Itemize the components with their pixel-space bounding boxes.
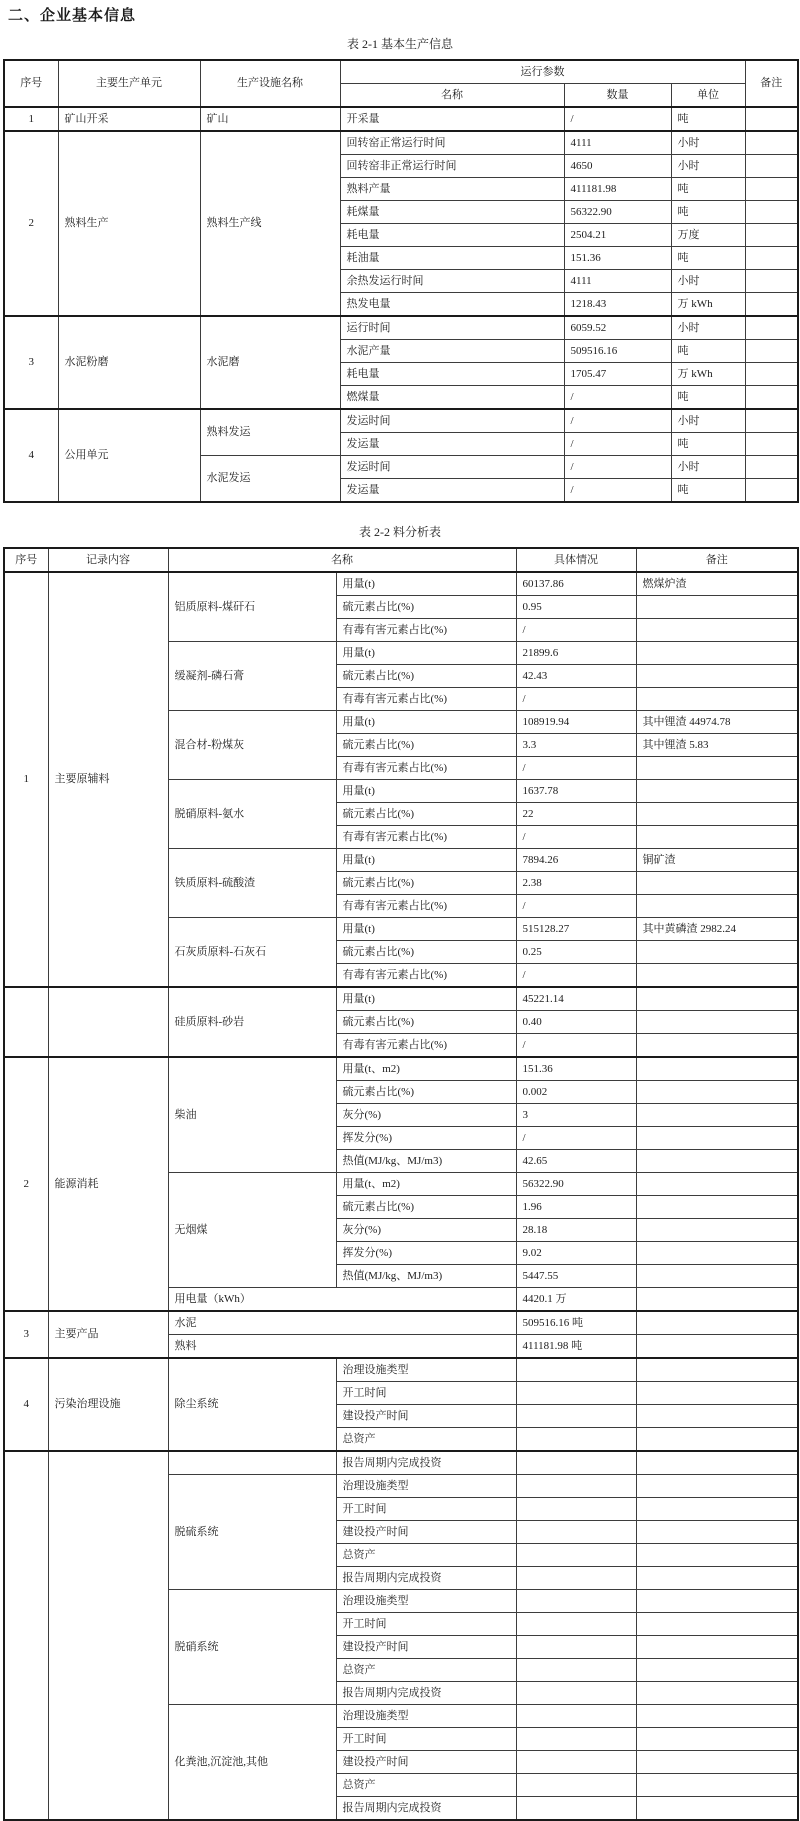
param-name-cell: 发运时间 (340, 409, 564, 433)
note-cell (636, 1034, 798, 1058)
note-cell (636, 1498, 798, 1521)
record-content-cell: 主要产品 (48, 1311, 168, 1358)
note-cell (636, 1081, 798, 1104)
item-name-cell: 灰分(%) (336, 1104, 516, 1127)
item-name-cell: 用量(t) (336, 918, 516, 941)
note-cell (636, 1428, 798, 1452)
quantity-cell: 4111 (564, 270, 671, 293)
note-cell (636, 941, 798, 964)
detail-cell (516, 1728, 636, 1751)
item-name-cell: 用量(t) (336, 987, 516, 1011)
column-header-facility-name: 生产设施名称 (200, 60, 340, 107)
item-name-cell: 建设投产时间 (336, 1636, 516, 1659)
table-row: 3主要产品水泥509516.16 吨 (4, 1311, 798, 1335)
column-header-name: 名称 (168, 548, 516, 572)
detail-cell: 9.02 (516, 1242, 636, 1265)
serial-cell: 4 (4, 1358, 48, 1451)
detail-cell (516, 1751, 636, 1774)
param-name-cell: 耗电量 (340, 224, 564, 247)
item-name-cell: 开工时间 (336, 1382, 516, 1405)
group-name-cell: 缓凝剂-磷石膏 (168, 642, 336, 711)
facility-name-cell: 矿山 (200, 107, 340, 131)
item-name-cell: 总资产 (336, 1428, 516, 1452)
quantity-cell: 509516.16 (564, 340, 671, 363)
serial-cell (4, 987, 48, 1057)
detail-cell (516, 1382, 636, 1405)
detail-cell (516, 1613, 636, 1636)
note-cell (636, 1150, 798, 1173)
item-name-cell: 治理设施类型 (336, 1590, 516, 1613)
column-header-note: 备注 (636, 548, 798, 572)
note-cell (636, 1104, 798, 1127)
param-name-cell: 运行时间 (340, 316, 564, 340)
group-name-cell: 铝质原料-煤矸石 (168, 572, 336, 642)
quantity-cell: 56322.90 (564, 201, 671, 224)
detail-cell (516, 1405, 636, 1428)
detail-cell (516, 1590, 636, 1613)
quantity-cell: / (564, 409, 671, 433)
note-cell (745, 107, 798, 131)
note-cell (636, 964, 798, 988)
note-cell (745, 155, 798, 178)
note-cell (745, 363, 798, 386)
detail-cell: 22 (516, 803, 636, 826)
detail-cell: 3 (516, 1104, 636, 1127)
note-cell (636, 1636, 798, 1659)
param-name-cell: 耗油量 (340, 247, 564, 270)
column-header-serial: 序号 (4, 60, 58, 107)
note-cell (636, 1173, 798, 1196)
item-name-cell: 硫元素占比(%) (336, 596, 516, 619)
item-name-cell: 用量(t、m2) (336, 1057, 516, 1081)
detail-cell (516, 1774, 636, 1797)
facility-name-cell: 熟料发运 (200, 409, 340, 456)
quantity-cell: 4650 (564, 155, 671, 178)
detail-cell: / (516, 964, 636, 988)
table-row: 3水泥粉磨水泥磨运行时间6059.52小时 (4, 316, 798, 340)
note-cell (745, 247, 798, 270)
serial-cell: 4 (4, 409, 58, 502)
detail-cell: 42.65 (516, 1150, 636, 1173)
item-name-cell: 开工时间 (336, 1728, 516, 1751)
param-name-cell: 耗煤量 (340, 201, 564, 224)
item-name-cell: 灰分(%) (336, 1219, 516, 1242)
detail-cell: 509516.16 吨 (516, 1311, 636, 1335)
item-name-cell: 硫元素占比(%) (336, 1081, 516, 1104)
record-content-cell: 主要原辅料 (48, 572, 168, 987)
note-cell (636, 1451, 798, 1475)
note-cell (636, 757, 798, 780)
detail-cell (516, 1659, 636, 1682)
note-cell (636, 1705, 798, 1728)
table-row: 2熟料生产熟料生产线回转窑正常运行时间4111小时 (4, 131, 798, 155)
item-name-cell: 硫元素占比(%) (336, 665, 516, 688)
detail-cell: 0.40 (516, 1011, 636, 1034)
table1-body: 1矿山开采矿山开采量/吨2熟料生产熟料生产线回转窑正常运行时间4111小时回转窑… (4, 107, 798, 502)
param-name-cell: 热发电量 (340, 293, 564, 317)
note-cell (636, 872, 798, 895)
note-cell (636, 1682, 798, 1705)
production-unit-cell: 公用单元 (58, 409, 200, 502)
serial-cell: 2 (4, 1057, 48, 1311)
note-cell (636, 1288, 798, 1312)
detail-cell: / (516, 619, 636, 642)
group-name-cell: 脱硝原料-氨水 (168, 780, 336, 849)
note-cell (636, 826, 798, 849)
note-cell (745, 293, 798, 317)
item-name-cell: 硫元素占比(%) (336, 872, 516, 895)
note-cell (636, 596, 798, 619)
unit-cell: 万 kWh (671, 363, 745, 386)
column-header-unit: 单位 (671, 84, 745, 108)
unit-cell: 小时 (671, 270, 745, 293)
detail-cell: 56322.90 (516, 1173, 636, 1196)
unit-cell: 小时 (671, 131, 745, 155)
item-name-cell: 报告周期内完成投资 (336, 1451, 516, 1475)
quantity-cell: 1705.47 (564, 363, 671, 386)
note-cell (636, 1728, 798, 1751)
serial-cell: 3 (4, 1311, 48, 1358)
note-cell (745, 340, 798, 363)
item-name-cell: 有毒有害元素占比(%) (336, 619, 516, 642)
detail-cell (516, 1636, 636, 1659)
item-name-cell: 硫元素占比(%) (336, 941, 516, 964)
facility-name-cell: 水泥磨 (200, 316, 340, 409)
note-cell (636, 987, 798, 1011)
detail-cell: 5447.55 (516, 1265, 636, 1288)
note-cell (636, 642, 798, 665)
column-header-production-unit: 主要生产单元 (58, 60, 200, 107)
column-header-record-content: 记录内容 (48, 548, 168, 572)
note-cell (745, 479, 798, 503)
item-name-cell: 开工时间 (336, 1613, 516, 1636)
param-name-cell: 开采量 (340, 107, 564, 131)
note-cell (636, 1659, 798, 1682)
note-cell: 其中锂渣 44974.78 (636, 711, 798, 734)
table-material-analysis: 序号记录内容名称具体情况备注 1主要原辅料铝质原料-煤矸石用量(t)60137.… (3, 547, 799, 1821)
unit-cell: 吨 (671, 107, 745, 131)
group-name-cell: 无烟煤 (168, 1173, 336, 1288)
table-row: 4污染治理设施除尘系统治理设施类型 (4, 1358, 798, 1382)
group-name-cell: 柴油 (168, 1057, 336, 1173)
unit-cell: 吨 (671, 201, 745, 224)
detail-cell: 0.25 (516, 941, 636, 964)
group-name-cell: 水泥 (168, 1311, 516, 1335)
unit-cell: 小时 (671, 316, 745, 340)
column-header-detail: 具体情况 (516, 548, 636, 572)
quantity-cell: 1218.43 (564, 293, 671, 317)
group-name-cell (168, 1451, 336, 1475)
note-cell (636, 1311, 798, 1335)
table2-body: 1主要原辅料铝质原料-煤矸石用量(t)60137.86燃煤炉渣硫元素占比(%)0… (4, 572, 798, 1820)
detail-cell: 21899.6 (516, 642, 636, 665)
detail-cell: 28.18 (516, 1219, 636, 1242)
note-cell: 铜矿渣 (636, 849, 798, 872)
table-row: 1矿山开采矿山开采量/吨 (4, 107, 798, 131)
note-cell (636, 1242, 798, 1265)
detail-cell (516, 1705, 636, 1728)
note-cell (745, 456, 798, 479)
detail-cell: 151.36 (516, 1057, 636, 1081)
quantity-cell: / (564, 479, 671, 503)
table-row: 报告周期内完成投资 (4, 1451, 798, 1475)
group-name-cell: 脱硫系统 (168, 1475, 336, 1590)
group-name-cell: 用电量（kWh） (168, 1288, 516, 1312)
table-row: 序号主要生产单元生产设施名称运行参数备注 (4, 60, 798, 84)
serial-cell: 1 (4, 572, 48, 987)
unit-cell: 小时 (671, 155, 745, 178)
group-name-cell: 石灰质原料-石灰石 (168, 918, 336, 988)
detail-cell (516, 1498, 636, 1521)
detail-cell: / (516, 757, 636, 780)
note-cell (636, 1405, 798, 1428)
param-name-cell: 燃煤量 (340, 386, 564, 410)
record-content-cell: 污染治理设施 (48, 1358, 168, 1451)
note-cell: 其中锂渣 5.83 (636, 734, 798, 757)
quantity-cell: 4111 (564, 131, 671, 155)
note-cell (745, 224, 798, 247)
note-cell (636, 1567, 798, 1590)
table-basic-production-info: 序号主要生产单元生产设施名称运行参数备注名称数量单位 1矿山开采矿山开采量/吨2… (3, 59, 799, 503)
param-name-cell: 发运时间 (340, 456, 564, 479)
unit-cell: 小时 (671, 409, 745, 433)
detail-cell (516, 1451, 636, 1475)
param-name-cell: 发运量 (340, 479, 564, 503)
quantity-cell: 411181.98 (564, 178, 671, 201)
note-cell (636, 1382, 798, 1405)
column-header-serial: 序号 (4, 548, 48, 572)
detail-cell: 108919.94 (516, 711, 636, 734)
group-name-cell: 化粪池,沉淀池,其他 (168, 1705, 336, 1821)
table1-header: 序号主要生产单元生产设施名称运行参数备注名称数量单位 (4, 60, 798, 107)
note-cell (636, 688, 798, 711)
item-name-cell: 热值(MJ/kg、MJ/m3) (336, 1150, 516, 1173)
group-name-cell: 除尘系统 (168, 1358, 336, 1451)
item-name-cell: 报告周期内完成投资 (336, 1682, 516, 1705)
serial-cell: 3 (4, 316, 58, 409)
note-cell (636, 1544, 798, 1567)
detail-cell: 1637.78 (516, 780, 636, 803)
column-header-operating-params: 运行参数 (340, 60, 745, 84)
note-cell (636, 1011, 798, 1034)
note-cell: 其中黄磷渣 2982.24 (636, 918, 798, 941)
unit-cell: 万 kWh (671, 293, 745, 317)
note-cell (636, 1797, 798, 1821)
serial-cell (4, 1451, 48, 1820)
detail-cell: 3.3 (516, 734, 636, 757)
item-name-cell: 建设投产时间 (336, 1521, 516, 1544)
note-cell (636, 1265, 798, 1288)
detail-cell: 0.95 (516, 596, 636, 619)
item-name-cell: 总资产 (336, 1544, 516, 1567)
detail-cell: / (516, 688, 636, 711)
item-name-cell: 报告周期内完成投资 (336, 1567, 516, 1590)
quantity-cell: / (564, 386, 671, 410)
detail-cell (516, 1544, 636, 1567)
param-name-cell: 耗电量 (340, 363, 564, 386)
detail-cell: 0.002 (516, 1081, 636, 1104)
item-name-cell: 硫元素占比(%) (336, 1196, 516, 1219)
note-cell (636, 1196, 798, 1219)
facility-name-cell: 熟料生产线 (200, 131, 340, 316)
item-name-cell: 治理设施类型 (336, 1705, 516, 1728)
note-cell (636, 1751, 798, 1774)
item-name-cell: 用量(t) (336, 849, 516, 872)
note-cell (745, 433, 798, 456)
param-name-cell: 余热发运行时间 (340, 270, 564, 293)
note-cell (636, 1127, 798, 1150)
note-cell (636, 1358, 798, 1382)
note-cell (745, 178, 798, 201)
item-name-cell: 用量(t、m2) (336, 1173, 516, 1196)
detail-cell: 60137.86 (516, 572, 636, 596)
table-row: 序号记录内容名称具体情况备注 (4, 548, 798, 572)
serial-cell: 2 (4, 131, 58, 316)
note-cell: 燃煤炉渣 (636, 572, 798, 596)
detail-cell (516, 1797, 636, 1821)
production-unit-cell: 水泥粉磨 (58, 316, 200, 409)
quantity-cell: 6059.52 (564, 316, 671, 340)
detail-cell: 45221.14 (516, 987, 636, 1011)
section-heading: 二、企业基本信息 (8, 4, 800, 25)
detail-cell: 42.43 (516, 665, 636, 688)
column-header-quantity: 数量 (564, 84, 671, 108)
param-name-cell: 回转窑正常运行时间 (340, 131, 564, 155)
record-content-cell: 能源消耗 (48, 1057, 168, 1311)
item-name-cell: 开工时间 (336, 1498, 516, 1521)
group-name-cell: 硅质原料-砂岩 (168, 987, 336, 1057)
note-cell (745, 386, 798, 410)
item-name-cell: 挥发分(%) (336, 1242, 516, 1265)
note-cell (636, 803, 798, 826)
quantity-cell: / (564, 433, 671, 456)
note-cell (636, 1774, 798, 1797)
item-name-cell: 总资产 (336, 1774, 516, 1797)
column-header-note: 备注 (745, 60, 798, 107)
param-name-cell: 回转窑非正常运行时间 (340, 155, 564, 178)
table-row: 4公用单元熟料发运发运时间/小时 (4, 409, 798, 433)
item-name-cell: 有毒有害元素占比(%) (336, 688, 516, 711)
item-name-cell: 用量(t) (336, 642, 516, 665)
quantity-cell: / (564, 456, 671, 479)
item-name-cell: 有毒有害元素占比(%) (336, 1034, 516, 1058)
table-row: 2能源消耗柴油用量(t、m2)151.36 (4, 1057, 798, 1081)
record-content-cell (48, 1451, 168, 1820)
item-name-cell: 硫元素占比(%) (336, 803, 516, 826)
note-cell (745, 409, 798, 433)
item-name-cell: 建设投产时间 (336, 1405, 516, 1428)
item-name-cell: 用量(t) (336, 572, 516, 596)
note-cell (745, 131, 798, 155)
item-name-cell: 硫元素占比(%) (336, 1011, 516, 1034)
group-name-cell: 脱硝系统 (168, 1590, 336, 1705)
quantity-cell: / (564, 107, 671, 131)
item-name-cell: 用量(t) (336, 711, 516, 734)
item-name-cell: 建设投产时间 (336, 1751, 516, 1774)
group-name-cell: 熟料 (168, 1335, 516, 1359)
item-name-cell: 有毒有害元素占比(%) (336, 895, 516, 918)
item-name-cell: 总资产 (336, 1659, 516, 1682)
table1-caption: 表 2-1 基本生产信息 (0, 35, 800, 52)
param-name-cell: 发运量 (340, 433, 564, 456)
item-name-cell: 热值(MJ/kg、MJ/m3) (336, 1265, 516, 1288)
item-name-cell: 用量(t) (336, 780, 516, 803)
note-cell (636, 895, 798, 918)
detail-cell: 7894.26 (516, 849, 636, 872)
facility-name-cell: 水泥发运 (200, 456, 340, 503)
note-cell (636, 1219, 798, 1242)
note-cell (636, 619, 798, 642)
detail-cell: / (516, 1127, 636, 1150)
unit-cell: 小时 (671, 456, 745, 479)
detail-cell: 1.96 (516, 1196, 636, 1219)
detail-cell: 2.38 (516, 872, 636, 895)
note-cell (745, 270, 798, 293)
item-name-cell: 挥发分(%) (336, 1127, 516, 1150)
detail-cell (516, 1428, 636, 1452)
item-name-cell: 治理设施类型 (336, 1358, 516, 1382)
note-cell (636, 665, 798, 688)
note-cell (636, 1590, 798, 1613)
note-cell (745, 201, 798, 224)
serial-cell: 1 (4, 107, 58, 131)
group-name-cell: 铁质原料-硫酸渣 (168, 849, 336, 918)
note-cell (636, 1521, 798, 1544)
note-cell (636, 1057, 798, 1081)
unit-cell: 吨 (671, 433, 745, 456)
unit-cell: 吨 (671, 178, 745, 201)
item-name-cell: 有毒有害元素占比(%) (336, 757, 516, 780)
production-unit-cell: 熟料生产 (58, 131, 200, 316)
detail-cell (516, 1567, 636, 1590)
note-cell (636, 1475, 798, 1498)
detail-cell: 4420.1 万 (516, 1288, 636, 1312)
detail-cell (516, 1521, 636, 1544)
item-name-cell: 有毒有害元素占比(%) (336, 964, 516, 988)
note-cell (636, 780, 798, 803)
detail-cell: 411181.98 吨 (516, 1335, 636, 1359)
detail-cell: / (516, 1034, 636, 1058)
detail-cell (516, 1358, 636, 1382)
table-row: 1主要原辅料铝质原料-煤矸石用量(t)60137.86燃煤炉渣 (4, 572, 798, 596)
unit-cell: 吨 (671, 247, 745, 270)
detail-cell: 515128.27 (516, 918, 636, 941)
note-cell (636, 1335, 798, 1359)
item-name-cell: 报告周期内完成投资 (336, 1797, 516, 1821)
table2-caption: 表 2-2 料分析表 (0, 523, 800, 540)
unit-cell: 吨 (671, 479, 745, 503)
table2-header: 序号记录内容名称具体情况备注 (4, 548, 798, 572)
unit-cell: 吨 (671, 386, 745, 410)
detail-cell: / (516, 895, 636, 918)
document-page: 二、企业基本信息 表 2-1 基本生产信息 序号主要生产单元生产设施名称运行参数… (0, 0, 800, 1821)
column-header-param-name: 名称 (340, 84, 564, 108)
detail-cell (516, 1475, 636, 1498)
item-name-cell: 治理设施类型 (336, 1475, 516, 1498)
item-name-cell: 有毒有害元素占比(%) (336, 826, 516, 849)
quantity-cell: 151.36 (564, 247, 671, 270)
unit-cell: 万度 (671, 224, 745, 247)
group-name-cell: 混合材-粉煤灰 (168, 711, 336, 780)
item-name-cell: 硫元素占比(%) (336, 734, 516, 757)
table-row: 硅质原料-砂岩用量(t)45221.14 (4, 987, 798, 1011)
quantity-cell: 2504.21 (564, 224, 671, 247)
param-name-cell: 熟料产量 (340, 178, 564, 201)
note-cell (745, 316, 798, 340)
param-name-cell: 水泥产量 (340, 340, 564, 363)
note-cell (636, 1613, 798, 1636)
unit-cell: 吨 (671, 340, 745, 363)
